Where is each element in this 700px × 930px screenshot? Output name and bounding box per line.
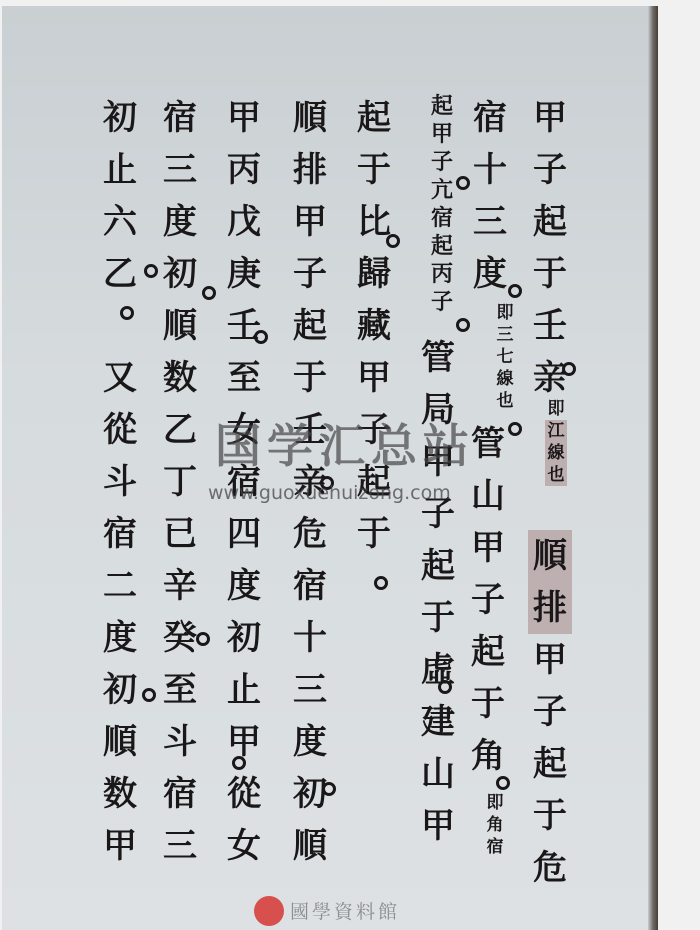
char: 初	[98, 92, 142, 144]
note-char: 丙	[428, 260, 456, 288]
char: 数	[98, 768, 142, 820]
char: 子	[528, 144, 572, 196]
note-char: 甲	[428, 120, 456, 148]
note-char: 三	[494, 324, 516, 346]
char: 起	[416, 540, 460, 592]
char: 角	[466, 730, 510, 782]
char: 止	[222, 664, 266, 716]
char: 度	[288, 716, 332, 768]
char: 丁	[158, 456, 202, 508]
char: 至	[158, 664, 202, 716]
char: 十	[468, 144, 512, 196]
char: 甲	[528, 634, 572, 686]
text-column-2: 宿 十 三 度	[468, 92, 512, 300]
circle-mark	[144, 264, 158, 278]
char: 止	[98, 144, 142, 196]
char: 危	[288, 508, 332, 560]
char: 起	[352, 92, 396, 144]
char: 度	[98, 612, 142, 664]
char: 初	[158, 248, 202, 300]
char: 山	[466, 470, 510, 522]
char: 度	[222, 560, 266, 612]
char: 于	[288, 352, 332, 404]
char: 于	[352, 144, 396, 196]
circle-mark	[438, 680, 452, 694]
char: 辛	[158, 560, 202, 612]
char: 于	[466, 678, 510, 730]
char: 歸	[352, 248, 396, 300]
note-char: 亢	[428, 176, 456, 204]
char: 宿	[288, 560, 332, 612]
annotation-column-2b: 即 角 宿	[484, 792, 506, 858]
note-char: 角	[484, 814, 506, 836]
char: 丙	[222, 144, 266, 196]
note-char: 即	[545, 398, 567, 420]
char: 女	[222, 820, 266, 872]
char: 順	[528, 530, 572, 582]
note-char: 也	[494, 390, 516, 412]
circle-mark	[254, 330, 268, 344]
char: 宿	[158, 92, 202, 144]
char: 子	[466, 574, 510, 626]
footer-logo-title: 國學資料館	[290, 897, 400, 924]
note-char: 起	[428, 232, 456, 260]
circle-mark	[142, 688, 156, 702]
circle-mark	[508, 422, 522, 436]
char: 危	[528, 842, 572, 894]
note-char: 七	[494, 346, 516, 368]
watermark-title: 国学汇总站	[215, 410, 475, 476]
char: 順	[288, 92, 332, 144]
char: 順	[158, 300, 202, 352]
char: 宿	[158, 768, 202, 820]
char: 戊	[222, 196, 266, 248]
watermark-url: www.guoxuehuizong.com	[208, 482, 451, 504]
circle-mark	[562, 362, 576, 376]
char: 数	[158, 352, 202, 404]
char: 初	[222, 612, 266, 664]
char: 三	[468, 196, 512, 248]
char: 又	[98, 352, 142, 404]
note-char: 宿	[428, 204, 456, 232]
note-char: 也	[545, 464, 567, 486]
char: 初	[98, 664, 142, 716]
char: 子	[288, 248, 332, 300]
char: 從	[98, 404, 142, 456]
char: 度	[468, 248, 512, 300]
char: 從	[222, 768, 266, 820]
char: 四	[222, 508, 266, 560]
circle-mark	[456, 176, 470, 190]
char: 起	[528, 196, 572, 248]
circle-mark	[202, 286, 216, 300]
text-column-1b: 順 排 甲 子 起 于 危	[528, 530, 572, 894]
note-char: 即	[484, 792, 506, 814]
circle-mark	[232, 756, 246, 770]
char: 甲	[466, 522, 510, 574]
char: 六	[98, 196, 142, 248]
circle-mark	[496, 776, 510, 790]
text-column-1: 甲 子 起 于 壬 亲	[528, 92, 572, 404]
note-char: 子	[428, 148, 456, 176]
char: 乙	[158, 404, 202, 456]
circle-mark	[120, 306, 134, 320]
char: 甲	[416, 800, 460, 852]
char: 甲	[222, 92, 266, 144]
text-column-8: 初 止 六 乙 又 從 斗 宿 二 度 初 順 数 甲	[98, 92, 142, 872]
char: 起	[288, 300, 332, 352]
circle-mark	[196, 632, 210, 646]
char: 于	[528, 248, 572, 300]
char: 三	[158, 144, 202, 196]
char: 至	[222, 352, 266, 404]
char: 山	[416, 748, 460, 800]
char: 起	[528, 738, 572, 790]
char: 二	[98, 560, 142, 612]
char: 三	[288, 664, 332, 716]
char: 壬	[528, 300, 572, 352]
char: 甲	[288, 196, 332, 248]
char: 甲	[98, 820, 142, 872]
char: 順	[98, 716, 142, 768]
char: 壬	[222, 300, 266, 352]
char: 庚	[222, 248, 266, 300]
char: 度	[158, 196, 202, 248]
circle-mark	[508, 284, 522, 298]
annotation-column-3: 起 甲 子 亢 宿 起 丙 子	[428, 92, 456, 316]
note-char: 宿	[484, 836, 506, 858]
note-char: 線	[545, 442, 567, 464]
note-char: 線	[494, 368, 516, 390]
char: 甲	[528, 92, 572, 144]
char: 三	[158, 820, 202, 872]
char: 子	[528, 686, 572, 738]
char: 建	[416, 696, 460, 748]
text-column-7: 宿 三 度 初 順 数 乙 丁 已 辛 癸 至 斗 宿 三	[158, 92, 202, 872]
note-char: 即	[494, 302, 516, 324]
char: 排	[288, 144, 332, 196]
char: 斗	[158, 716, 202, 768]
char: 排	[528, 582, 572, 634]
note-char: 江	[545, 420, 567, 442]
char: 宿	[98, 508, 142, 560]
char: 亲	[528, 352, 572, 404]
char: 于	[528, 790, 572, 842]
annotation-column-2: 即 三 七 線 也	[494, 302, 516, 412]
char: 宿	[468, 92, 512, 144]
char: 甲	[352, 352, 396, 404]
char: 管	[416, 332, 460, 384]
char: 已	[158, 508, 202, 560]
circle-mark	[322, 782, 336, 796]
char: 順	[288, 820, 332, 872]
circle-mark	[456, 318, 470, 332]
char: 起	[466, 626, 510, 678]
annotation-column-1: 即 江 線 也	[545, 398, 567, 486]
char: 于	[416, 592, 460, 644]
page-binding-edge	[648, 6, 658, 930]
char: 乙	[98, 248, 142, 300]
char: 于	[352, 508, 396, 560]
library-logo-icon	[254, 896, 284, 926]
circle-mark	[386, 234, 400, 248]
char: 十	[288, 612, 332, 664]
note-char: 起	[428, 92, 456, 120]
circle-mark	[374, 576, 388, 590]
char: 斗	[98, 456, 142, 508]
note-char: 子	[428, 288, 456, 316]
char: 藏	[352, 300, 396, 352]
